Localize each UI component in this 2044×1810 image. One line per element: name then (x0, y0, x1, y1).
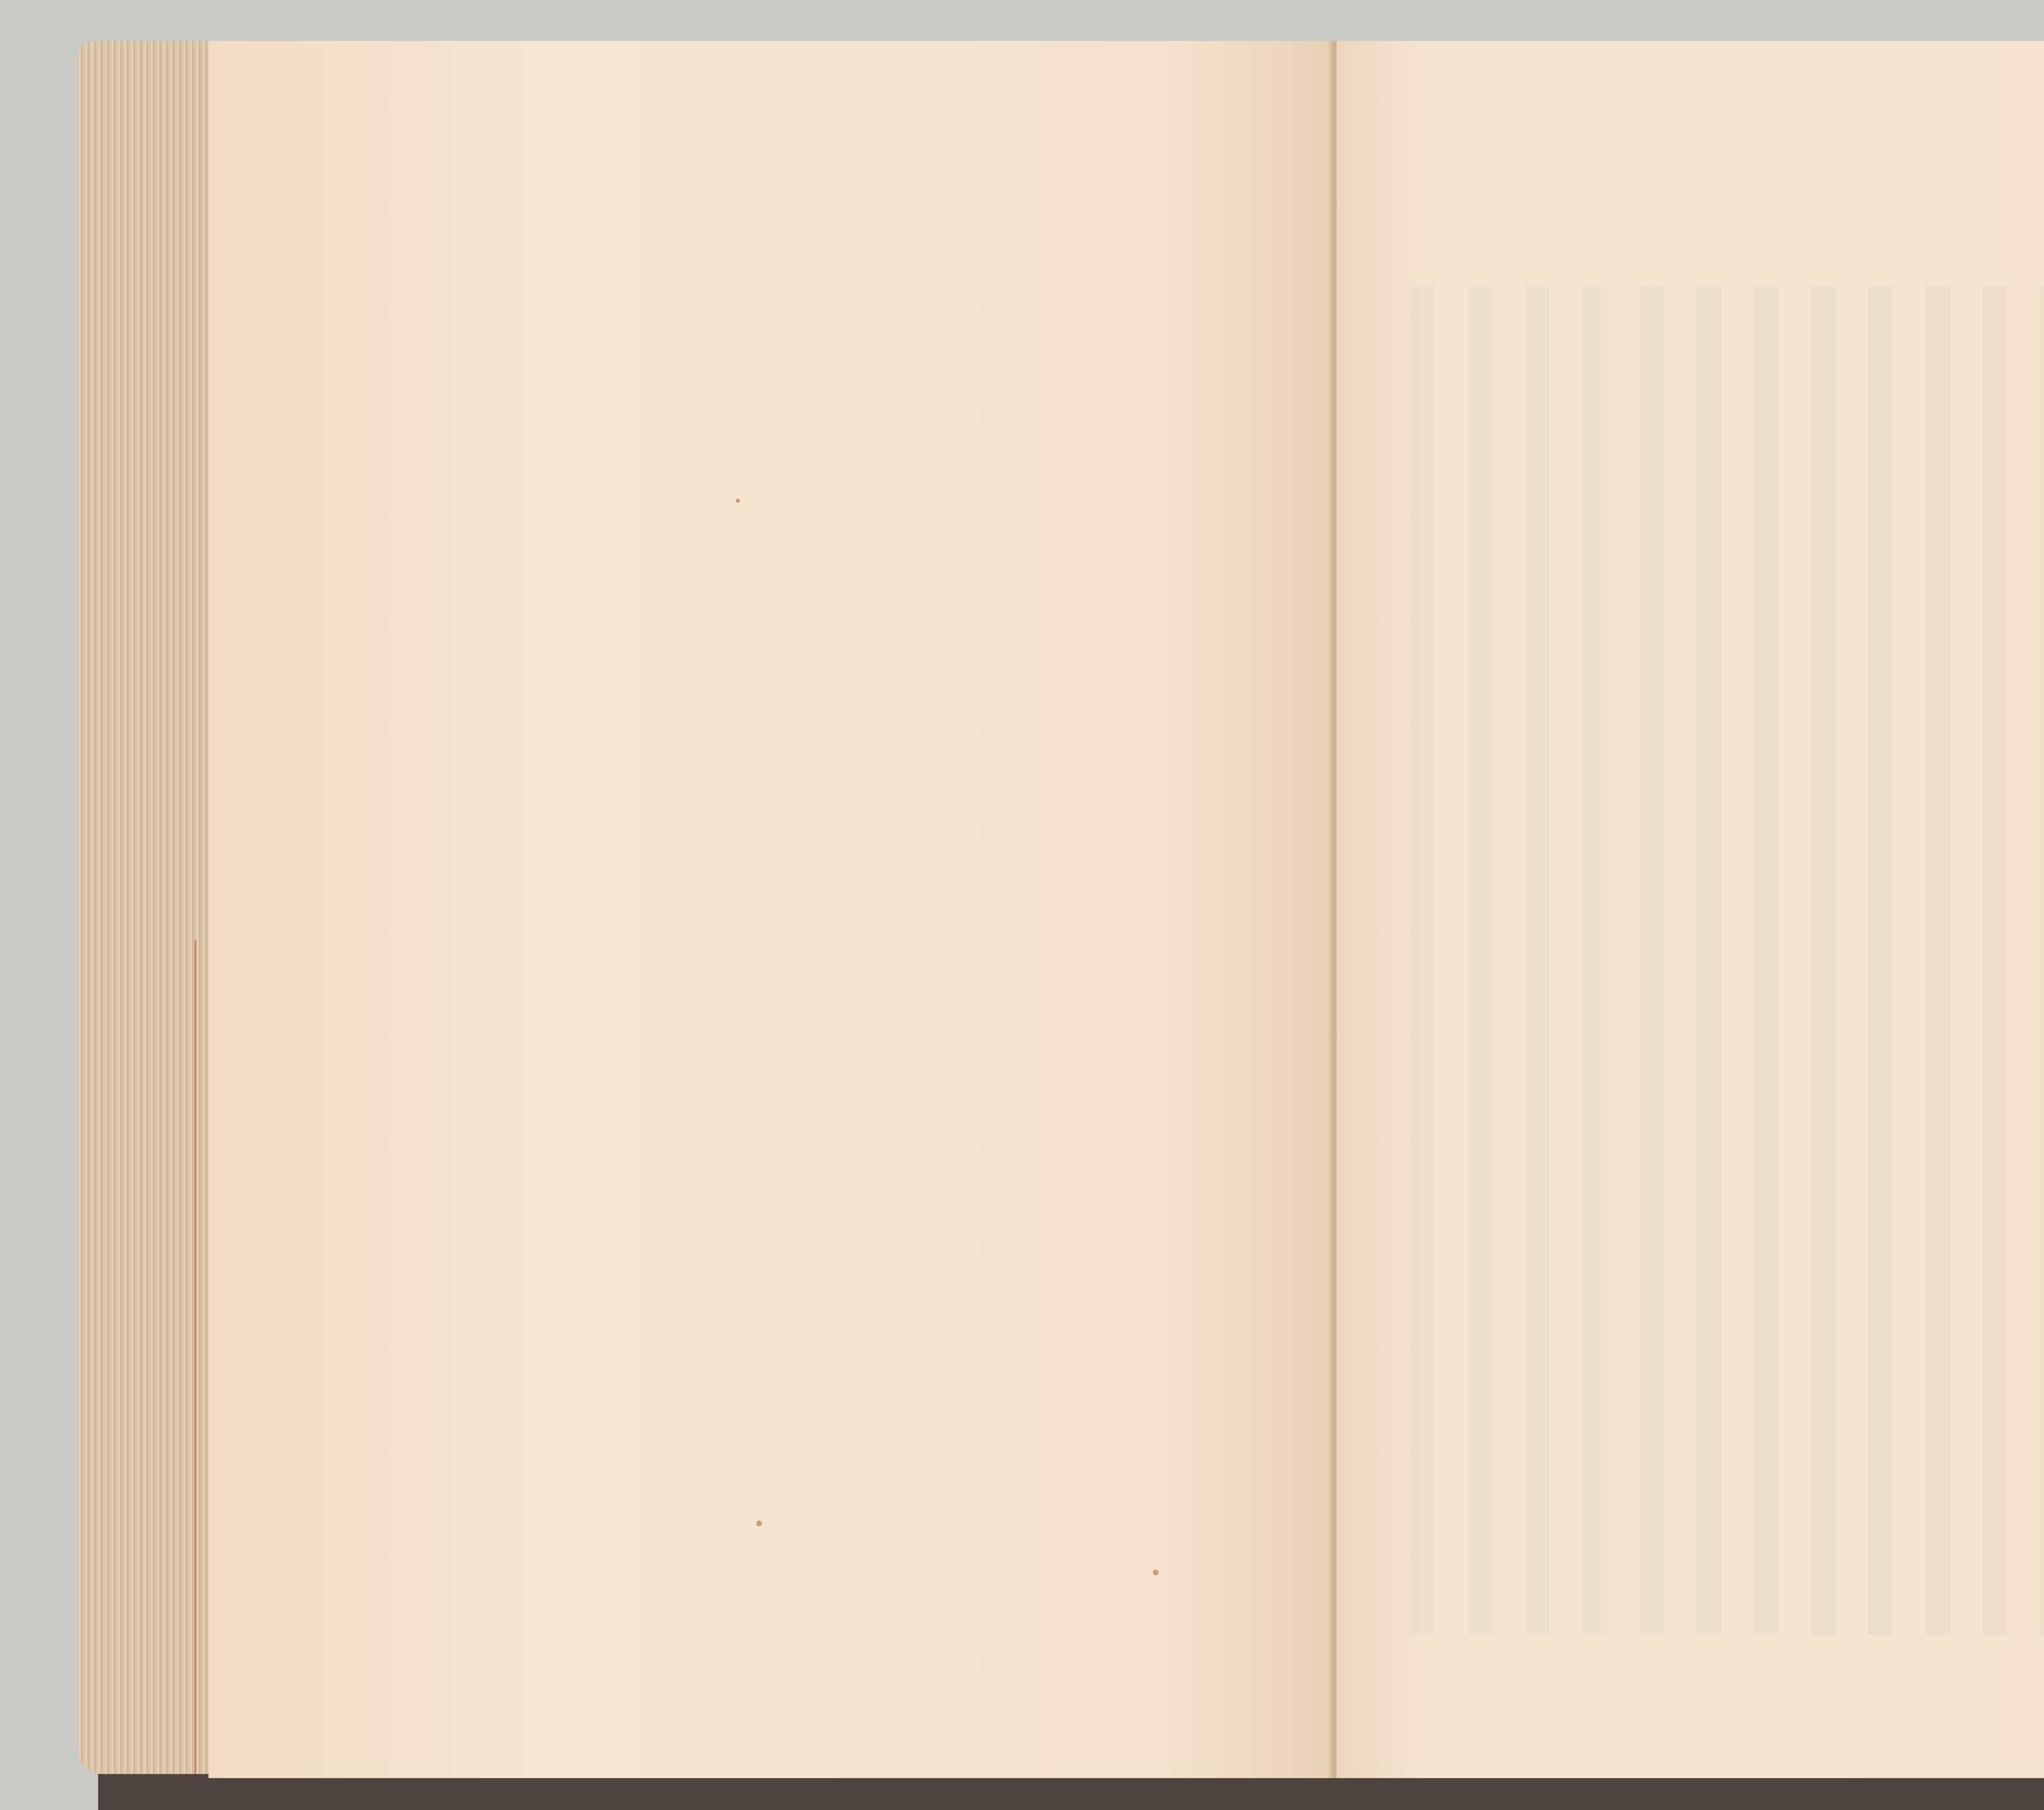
foxing-spot (1153, 1570, 1159, 1575)
foxing-spot (736, 499, 740, 503)
bleed-through-text (1410, 286, 2044, 1635)
foxing-spot (756, 1521, 762, 1526)
left-page-edges (78, 41, 213, 1774)
open-book: 37 的に分配する。 (0, 0, 2044, 1810)
left-page (208, 41, 1333, 1778)
